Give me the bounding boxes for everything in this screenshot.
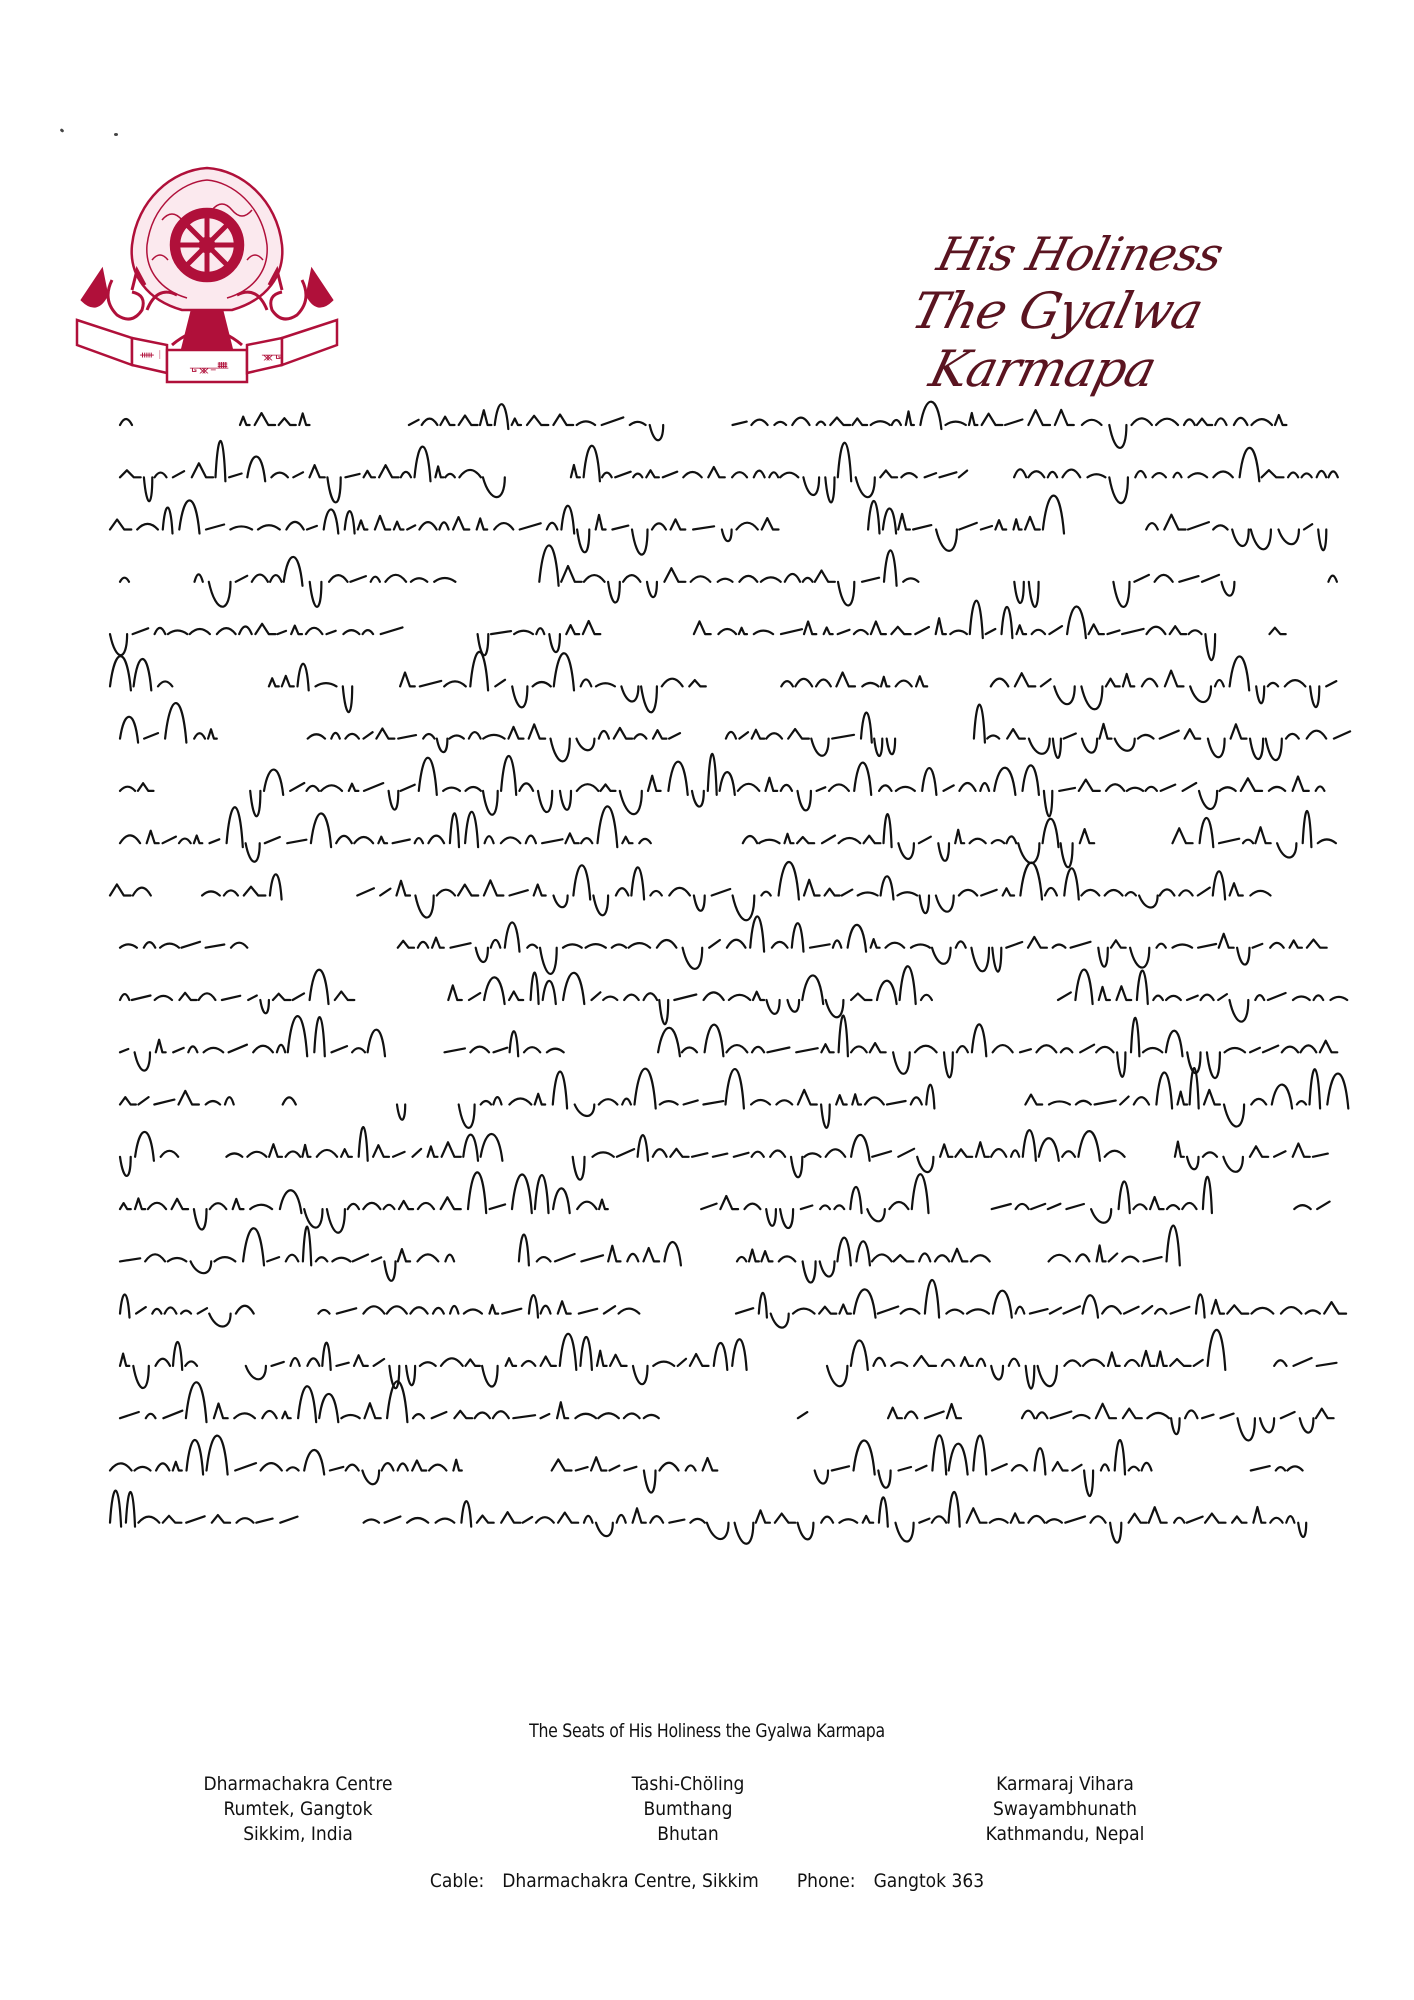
handwritten-letter-body: [100, 395, 1380, 1595]
handwritten-line: [120, 754, 1324, 817]
cable-value: Dharmachakra Centre, Sikkim: [502, 1870, 759, 1892]
svg-text:ᚘᚗ: ᚘᚗ: [261, 350, 282, 361]
handwritten-line: [120, 703, 1350, 761]
handwritten-line: [120, 545, 1337, 607]
letterhead-title-line2: The Gyalwa Karmapa: [786, 282, 1315, 398]
svg-text:ᚗᚘᚚᚙ: ᚗᚘᚚᚙ: [189, 362, 229, 374]
seats-title: The Seats of His Holiness the Gyalwa Kar…: [57, 1720, 1358, 1742]
seat-rumtek: Dharmachakra Centre Rumtek, Gangtok Sikk…: [128, 1772, 468, 1847]
seat-name: Karmaraj Vihara: [895, 1772, 1235, 1797]
seat-country: Kathmandu, Nepal: [895, 1822, 1235, 1847]
seat-address: Rumtek, Gangtok: [128, 1797, 468, 1822]
handwritten-line: [110, 601, 1286, 660]
handwritten-line: [120, 441, 1338, 503]
handwritten-line: [110, 496, 1326, 555]
handwritten-line: [120, 916, 1327, 973]
letterhead-title-line1: His Holiness: [793, 226, 1307, 282]
seat-name: Dharmachakra Centre: [128, 1772, 468, 1797]
handwritten-line: [110, 862, 1271, 920]
seat-name: Tashi-Chöling: [518, 1772, 858, 1797]
handwritten-line: [120, 966, 1347, 1024]
seat-address: Bumthang: [518, 1797, 858, 1822]
handwritten-line: [120, 806, 1336, 867]
seat-swayambhunath: Karmaraj Vihara Swayambhunath Kathmandu,…: [895, 1772, 1235, 1847]
cable-label: Cable:: [430, 1870, 484, 1892]
scan-speck: [60, 128, 65, 133]
handwritten-line: [120, 1226, 1180, 1283]
handwritten-line: [110, 1435, 1303, 1496]
seat-bumthang: Tashi-Chöling Bumthang Bhutan: [518, 1772, 858, 1847]
phone-value: Gangtok 363: [874, 1870, 985, 1892]
seat-country: Bhutan: [518, 1822, 858, 1847]
handwritten-line: [120, 402, 1286, 448]
handwritten-line: [120, 1127, 1328, 1180]
handwritten-line: [110, 1491, 1306, 1544]
handwritten-line: [110, 652, 1336, 712]
handwritten-line: [120, 1172, 1330, 1232]
handwritten-line: [120, 1068, 1348, 1128]
letterhead-title: His Holiness The Gyalwa Karmapa: [800, 226, 1300, 398]
handwritten-line: [120, 1330, 1337, 1389]
handwritten-line: [120, 1381, 1334, 1440]
svg-text:ᚔ ᛁ: ᚔ ᛁ: [139, 350, 163, 361]
seat-address: Swayambhunath: [895, 1797, 1235, 1822]
seat-country: Sikkim, India: [128, 1822, 468, 1847]
contact-line: Cable:Dharmachakra Centre, SikkimPhone:G…: [0, 1870, 1414, 1892]
dharma-wheel-emblem-icon: ᚔ ᛁ ᚗᚘᚚᚙ ᚘᚗ: [72, 160, 342, 385]
scan-speck: [114, 133, 118, 136]
phone-label: Phone:: [797, 1870, 856, 1892]
handwritten-line: [120, 1280, 1346, 1328]
handwritten-line: [120, 1016, 1337, 1079]
